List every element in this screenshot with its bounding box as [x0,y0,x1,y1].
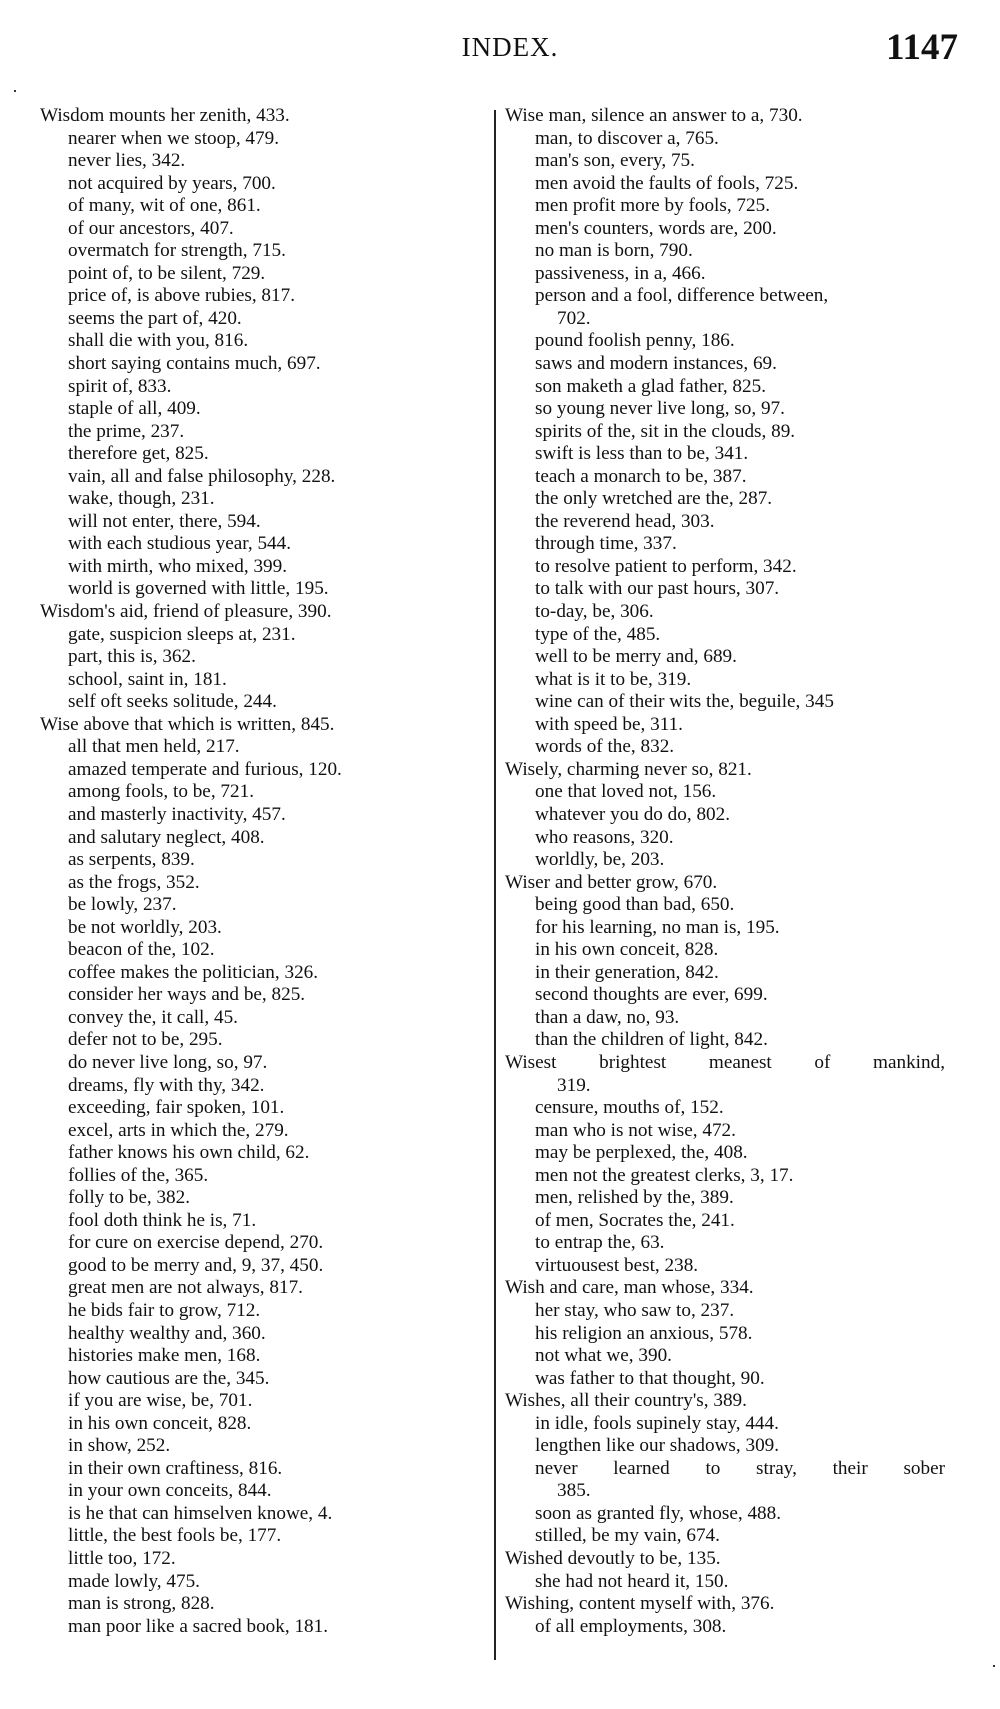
index-subentry: worldly, be, 203. [505,849,945,872]
index-subentry: in his own conceit, 828. [40,1413,480,1436]
index-subentry: staple of all, 409. [40,398,480,421]
index-subentry: than a daw, no, 93. [505,1007,945,1030]
index-subentry: men avoid the faults of fools, 725. [505,173,945,196]
index-subentry: with speed be, 311. [505,714,945,737]
index-subentry: in his own conceit, 828. [505,939,945,962]
index-entry-main: Wisdom's aid, friend of pleasure, 390. [40,601,480,624]
index-entry-main: Wisdom mounts her zenith, 433. [40,105,480,128]
index-subentry: do never live long, so, 97. [40,1052,480,1075]
index-subentry: may be perplexed, the, 408. [505,1142,945,1165]
index-subentry: great men are not always, 817. [40,1277,480,1300]
index-subentry: men's counters, words are, 200. [505,218,945,241]
index-entry-main: Wisely, charming never so, 821. [505,759,945,782]
index-subentry: teach a monarch to be, 387. [505,466,945,489]
index-subentry: men profit more by fools, 725. [505,195,945,218]
index-subentry: of men, Socrates the, 241. [505,1210,945,1233]
index-subentry: for his learning, no man is, 195. [505,917,945,940]
index-subentry: excel, arts in which the, 279. [40,1120,480,1143]
index-subentry: of our ancestors, 407. [40,218,480,241]
index-subentry: was father to that thought, 90. [505,1368,945,1391]
index-subentry: is he that can himselven knowe, 4. [40,1503,480,1526]
index-subentry: spirit of, 833. [40,376,480,399]
index-entry-main: Wiser and better grow, 670. [505,872,945,895]
index-entry-main: Wise above that which is written, 845. [40,714,480,737]
index-subentry: man, to discover a, 765. [505,128,945,151]
index-subentry: spirits of the, sit in the clouds, 89. [505,421,945,444]
index-subentry: vain, all and false philosophy, 228. [40,466,480,489]
index-subentry: world is governed with little, 195. [40,578,480,601]
index-subentry: stilled, be my vain, 674. [505,1525,945,1548]
index-subentry: never learned to stray, their sober [505,1458,945,1481]
index-subentry: wine can of their wits the, beguile, 345 [505,691,945,714]
index-subentry: soon as granted fly, whose, 488. [505,1503,945,1526]
index-subentry: never lies, 342. [40,150,480,173]
index-subentry: if you are wise, be, 701. [40,1390,480,1413]
page-header: INDEX. 1147 [0,26,1000,76]
index-subentry: all that men held, 217. [40,736,480,759]
index-subentry: as the frogs, 352. [40,872,480,895]
index-subentry: of many, wit of one, 861. [40,195,480,218]
index-subentry: type of the, 485. [505,624,945,647]
index-entry-main: Wish and care, man whose, 334. [505,1277,945,1300]
index-subentry: shall die with you, 816. [40,330,480,353]
index-subentry: not acquired by years, 700. [40,173,480,196]
index-subentry: than the children of light, 842. [505,1029,945,1052]
index-entry-main: Wishes, all their country's, 389. [505,1390,945,1413]
index-subentry: point of, to be silent, 729. [40,263,480,286]
index-subentry: defer not to be, 295. [40,1029,480,1052]
index-column-left: Wisdom mounts her zenith, 433.nearer whe… [40,105,480,1638]
index-subentry: in your own conceits, 844. [40,1480,480,1503]
index-subentry: person and a fool, difference between, [505,285,945,308]
index-subentry: histories make men, 168. [40,1345,480,1368]
index-subentry: being good than bad, 650. [505,894,945,917]
index-subentry: what is it to be, 319. [505,669,945,692]
index-subentry: saws and modern instances, 69. [505,353,945,376]
index-subentry: so young never live long, so, 97. [505,398,945,421]
index-subentry: in idle, fools supinely stay, 444. [505,1413,945,1436]
index-subentry: and masterly inactivity, 457. [40,804,480,827]
index-subentry: swift is less than to be, 341. [505,443,945,466]
index-subentry: dreams, fly with thy, 342. [40,1075,480,1098]
index-subentry: the only wretched are the, 287. [505,488,945,511]
index-subentry: fool doth think he is, 71. [40,1210,480,1233]
index-entry-continuation: 319. [505,1075,945,1098]
index-subentry: well to be merry and, 689. [505,646,945,669]
index-subentry: man who is not wise, 472. [505,1120,945,1143]
index-subentry: his religion an anxious, 578. [505,1323,945,1346]
index-subentry: censure, mouths of, 152. [505,1097,945,1120]
index-subentry: to resolve patient to perform, 342. [505,556,945,579]
index-subentry: coffee makes the politician, 326. [40,962,480,985]
index-subentry: good to be merry and, 9, 37, 450. [40,1255,480,1278]
index-subentry: man is strong, 828. [40,1593,480,1616]
index-subentry: the reverend head, 303. [505,511,945,534]
index-subentry: lengthen like our shadows, 309. [505,1435,945,1458]
index-subentry: she had not heard it, 150. [505,1571,945,1594]
index-entry-main: Wisest brightest meanest of mankind, [505,1052,945,1075]
index-subentry: he bids fair to grow, 712. [40,1300,480,1323]
index-subentry: father knows his own child, 62. [40,1142,480,1165]
index-subentry: nearer when we stoop, 479. [40,128,480,151]
index-entry-continuation: 702. [505,308,945,331]
index-subentry: short saying contains much, 697. [40,353,480,376]
index-subentry: who reasons, 320. [505,827,945,850]
index-subentry: self oft seeks solitude, 244. [40,691,480,714]
scan-speck [14,90,16,92]
index-subentry: whatever you do do, 802. [505,804,945,827]
index-subentry: one that loved not, 156. [505,781,945,804]
index-subentry: second thoughts are ever, 699. [505,984,945,1007]
index-subentry: with mirth, who mixed, 399. [40,556,480,579]
index-entry-continuation: 385. [505,1480,945,1503]
index-subentry: men not the greatest clerks, 3, 17. [505,1165,945,1188]
index-subentry: beacon of the, 102. [40,939,480,962]
page-title: INDEX. [0,32,1000,63]
index-subentry: man poor like a sacred book, 181. [40,1616,480,1639]
index-column-right: Wise man, silence an answer to a, 730.ma… [505,105,945,1638]
index-subentry: through time, 337. [505,533,945,556]
column-divider [494,110,496,1660]
index-subentry: no man is born, 790. [505,240,945,263]
index-subentry: the prime, 237. [40,421,480,444]
index-subentry: convey the, it call, 45. [40,1007,480,1030]
index-subentry: in show, 252. [40,1435,480,1458]
index-subentry: overmatch for strength, 715. [40,240,480,263]
index-subentry: little too, 172. [40,1548,480,1571]
index-subentry: little, the best fools be, 177. [40,1525,480,1548]
index-subentry: part, this is, 362. [40,646,480,669]
index-subentry: of all employments, 308. [505,1616,945,1639]
index-subentry: school, saint in, 181. [40,669,480,692]
index-entry-main: Wishing, content myself with, 376. [505,1593,945,1616]
index-subentry: in their generation, 842. [505,962,945,985]
index-subentry: made lowly, 475. [40,1571,480,1594]
index-subentry: therefore get, 825. [40,443,480,466]
index-subentry: be lowly, 237. [40,894,480,917]
index-subentry: price of, is above rubies, 817. [40,285,480,308]
index-subentry: as serpents, 839. [40,849,480,872]
index-subentry: passiveness, in a, 466. [505,263,945,286]
index-subentry: consider her ways and be, 825. [40,984,480,1007]
index-subentry: words of the, 832. [505,736,945,759]
index-subentry: folly to be, 382. [40,1187,480,1210]
index-subentry: and salutary neglect, 408. [40,827,480,850]
index-subentry: follies of the, 365. [40,1165,480,1188]
index-subentry: amazed temperate and furious, 120. [40,759,480,782]
index-subentry: be not worldly, 203. [40,917,480,940]
index-subentry: among fools, to be, 721. [40,781,480,804]
index-subentry: wake, though, 231. [40,488,480,511]
index-subentry: son maketh a glad father, 825. [505,376,945,399]
index-subentry: gate, suspicion sleeps at, 231. [40,624,480,647]
index-subentry: men, relished by the, 389. [505,1187,945,1210]
index-subentry: virtuousest best, 238. [505,1255,945,1278]
index-subentry: man's son, every, 75. [505,150,945,173]
index-subentry: exceeding, fair spoken, 101. [40,1097,480,1120]
index-subentry: to talk with our past hours, 307. [505,578,945,601]
index-subentry: to entrap the, 63. [505,1232,945,1255]
index-subentry: with each studious year, 544. [40,533,480,556]
index-entry-main: Wished devoutly to be, 135. [505,1548,945,1571]
index-subentry: for cure on exercise depend, 270. [40,1232,480,1255]
index-subentry: healthy wealthy and, 360. [40,1323,480,1346]
page-number: 1147 [886,26,958,69]
index-entry-main: Wise man, silence an answer to a, 730. [505,105,945,128]
index-subentry: her stay, who saw to, 237. [505,1300,945,1323]
index-subentry: how cautious are the, 345. [40,1368,480,1391]
scan-speck [993,1665,995,1667]
index-subentry: seems the part of, 420. [40,308,480,331]
index-subentry: in their own craftiness, 816. [40,1458,480,1481]
index-subentry: will not enter, there, 594. [40,511,480,534]
index-subentry: not what we, 390. [505,1345,945,1368]
index-subentry: pound foolish penny, 186. [505,330,945,353]
index-subentry: to-day, be, 306. [505,601,945,624]
